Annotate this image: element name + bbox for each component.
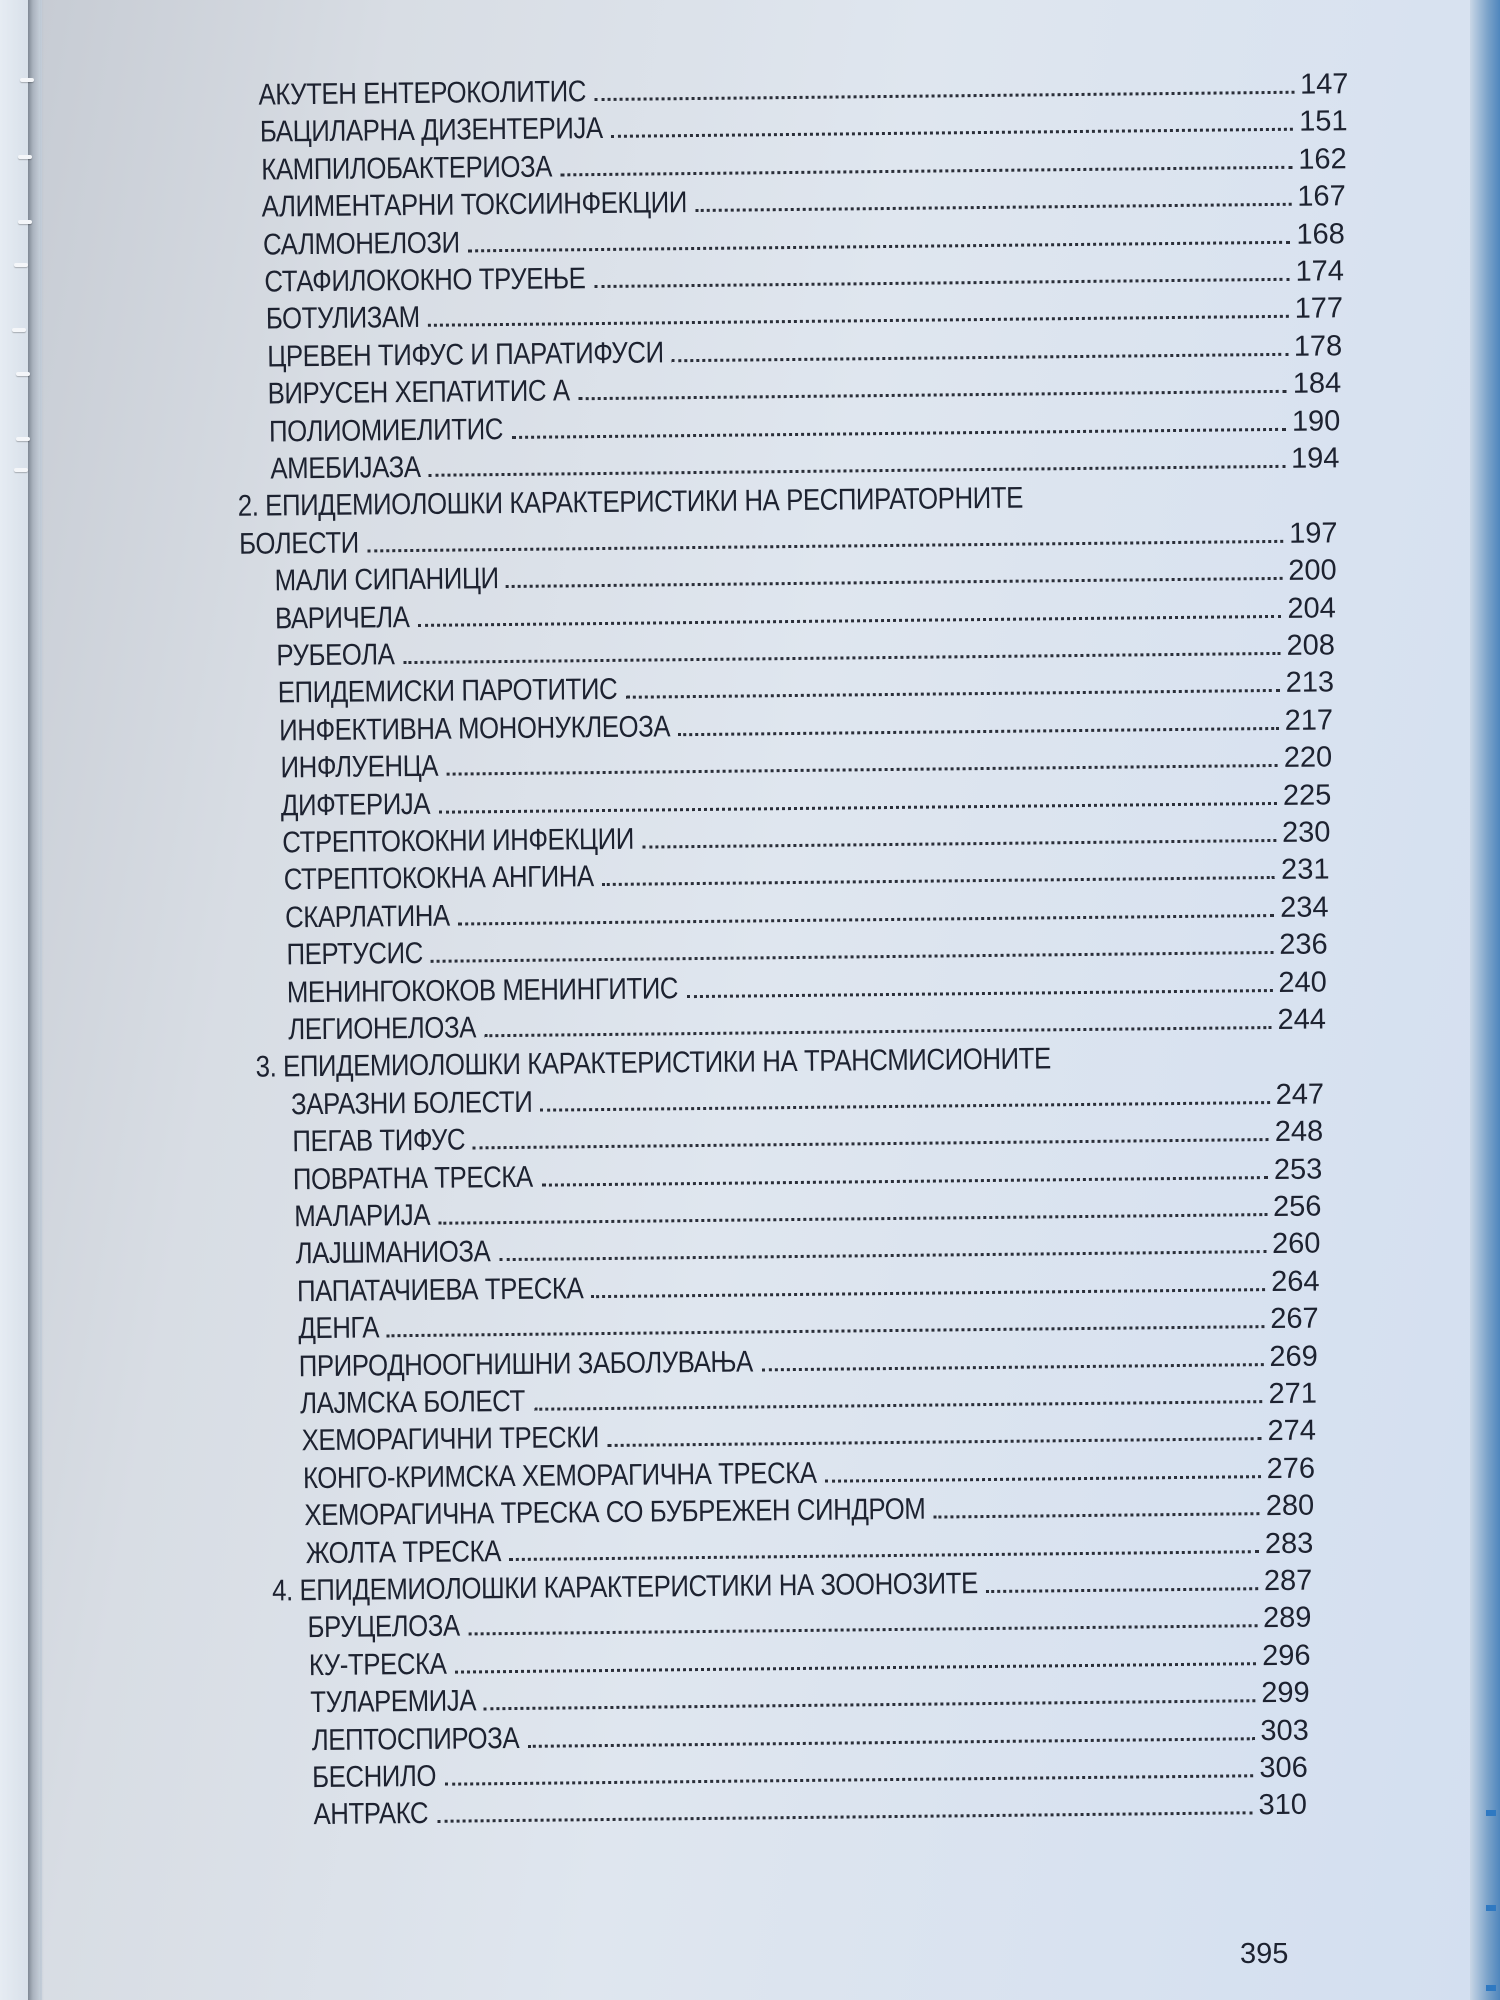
entry-title: ИНФЛУЕНЦА	[280, 750, 438, 786]
entry-page-number: 256	[1273, 1190, 1322, 1225]
entry-title: ПЕРТУСИС	[286, 937, 423, 972]
entry-page-number: 260	[1272, 1227, 1321, 1262]
entry-page-number: 220	[1284, 741, 1333, 776]
dot-leader	[430, 951, 1273, 963]
entry-page-number: 178	[1294, 329, 1343, 364]
entry-page-number: 289	[1263, 1601, 1312, 1636]
dot-leader	[762, 1363, 1264, 1371]
dot-leader	[446, 764, 1278, 776]
dot-leader	[591, 1288, 1265, 1298]
entry-page-number: 299	[1261, 1676, 1310, 1711]
entry-title: КОНГО-КРИМСКА ХЕМОРАГИЧНА ТРЕСКА	[303, 1457, 817, 1496]
entry-title: МАЛИ СИПАНИЦИ	[274, 562, 498, 598]
entry-title: ПОЛИОМИЕЛИТИС	[269, 413, 503, 449]
entry-page-number: 208	[1286, 628, 1335, 663]
toc-entry: ТУЛАРЕМИЈА299	[310, 1676, 1310, 1720]
dot-leader	[540, 1101, 1270, 1112]
entry-title: ДИФТЕРИЈА	[281, 787, 430, 823]
dot-leader	[439, 1213, 1267, 1225]
dot-leader	[455, 1662, 1257, 1673]
entry-title: ПЕГАВ ТИФУС	[292, 1124, 465, 1160]
toc-entry: ДЕНГА267	[298, 1302, 1319, 1347]
dot-leader	[687, 989, 1273, 998]
entry-title: СТАФИЛОКОКНО ТРУЕЊЕ	[264, 262, 585, 299]
entry-title: ЛАЈШМАНИОЗА	[296, 1236, 491, 1272]
entry-title: ВАРИЧЕЛА	[275, 601, 410, 636]
entry-title: АМЕБИЈАЗА	[270, 451, 420, 487]
dot-leader	[642, 839, 1276, 849]
entry-title: ХЕМОРАГИЧНА ТРЕСКА СО БУБРЕЖЕН СИНДРОМ	[304, 1493, 925, 1534]
entry-page-number: 168	[1296, 217, 1345, 252]
entry-page-number: 248	[1275, 1115, 1324, 1150]
dot-leader	[418, 614, 1281, 626]
dot-leader	[512, 427, 1286, 438]
entry-page-number: 217	[1285, 703, 1334, 738]
entry-title: ЛАЈМСКА БОЛЕСТ	[300, 1385, 525, 1421]
entry-page-number: 306	[1259, 1751, 1308, 1786]
entry-page-number: 174	[1295, 254, 1344, 289]
dot-leader	[484, 1699, 1255, 1710]
entry-title: МЕНИНГОКОКОВ МЕНИНГИТИС	[287, 972, 679, 1010]
dot-leader	[825, 1475, 1261, 1483]
dot-leader	[607, 1438, 1261, 1448]
entry-title: БРУЦЕЛОЗА	[308, 1610, 461, 1646]
dot-leader	[458, 914, 1274, 926]
dot-leader	[445, 1774, 1254, 1785]
toc-entry: ЛЕПТОСПИРОЗА303	[311, 1713, 1309, 1757]
entry-title: ПАПАТАЧИЕВА ТРЕСКА	[297, 1272, 584, 1309]
toc-entry: ПРИРОДНООГНИШНИ ЗАБОЛУВАЊА269	[299, 1339, 1318, 1384]
entry-title: ЛЕГИОНЕЛОЗА	[288, 1011, 476, 1047]
entry-title: ХЕМОРАГИЧНИ ТРЕСКИ	[302, 1421, 600, 1458]
entry-page-number: 276	[1266, 1451, 1315, 1486]
dot-leader	[403, 652, 1280, 664]
dot-leader	[429, 465, 1286, 477]
entry-title: МАЛАРИЈА	[294, 1199, 430, 1234]
entry-title: РУБЕОЛА	[276, 638, 394, 673]
entry-title: ВИРУСЕН ХЕПАТИТИС А	[268, 375, 570, 412]
entry-page-number: 200	[1288, 553, 1337, 588]
entry-title: АНТРАКС	[314, 1797, 429, 1832]
entry-title: ЦРЕВЕН ТИФУС И ПАРАТИФУСИ	[267, 336, 664, 374]
entry-title: КУ-ТРЕСКА	[309, 1647, 447, 1682]
entry-page-number: 269	[1269, 1339, 1318, 1374]
dot-leader	[499, 1250, 1266, 1261]
entry-title: АЛИМЕНТАРНИ ТОКСИИНФЕКЦИИ	[262, 186, 688, 224]
dot-leader	[611, 128, 1294, 138]
toc-entry: БРУЦЕЛОЗА289	[308, 1601, 1312, 1646]
entry-page-number: 247	[1276, 1077, 1325, 1112]
entry-page-number: 177	[1294, 292, 1343, 327]
entry-title: ПОВРАТНА ТРЕСКА	[293, 1160, 533, 1197]
entry-title: БЕСНИЛО	[312, 1760, 436, 1795]
entry-title: АКУТЕН ЕНТЕРОКОЛИТИС	[258, 75, 586, 112]
table-of-contents: АКУТЕН ЕНТЕРОКОЛИТИС147БАЦИЛАРНА ДИЗЕНТЕ…	[0, 0, 1500, 2000]
dot-leader	[485, 1026, 1272, 1037]
entry-title: ТУЛАРЕМИЈА	[310, 1685, 476, 1721]
entry-title: ЗАРАЗНИ БОЛЕСТИ	[291, 1086, 533, 1123]
toc-entry: ЖОЛТА ТРЕСКА283	[305, 1526, 1313, 1571]
toc-entry: АНТРАКС310	[314, 1788, 1308, 1832]
toc-entry: АМЕБИЈАЗА194	[270, 441, 1339, 486]
dot-leader	[625, 689, 1279, 699]
entry-title: БОЛЕСТИ	[239, 526, 359, 561]
toc-entry: ХЕМОРАГИЧНИ ТРЕСКИ274	[302, 1414, 1317, 1459]
toc-entry: КУ-ТРЕСКА296	[309, 1638, 1311, 1682]
dot-leader	[560, 166, 1292, 177]
entry-title: БАЦИЛАРНА ДИЗЕНТЕРИЈА	[260, 112, 603, 150]
entry-title: ПРИРОДНООГНИШНИ ЗАБОЛУВАЊА	[299, 1345, 753, 1384]
entry-page-number: 234	[1280, 890, 1329, 925]
dot-leader	[541, 1176, 1268, 1187]
dot-leader	[367, 540, 1283, 553]
dot-leader	[509, 1550, 1259, 1561]
entry-title: 4. ЕПИДЕМИОЛОШКИ КАРАКТЕРИСТИКИ НА ЗООНО…	[272, 1567, 978, 1608]
entry-page-number: 274	[1267, 1414, 1316, 1449]
dot-leader	[439, 802, 1277, 814]
toc-entry: ЛАЈМСКА БОЛЕСТ271	[300, 1377, 1317, 1422]
dot-leader	[468, 1625, 1257, 1636]
dot-leader	[594, 91, 1294, 101]
entry-title: БОТУЛИЗАМ	[266, 301, 420, 337]
toc-entry: ЛЕГИОНЕЛОЗА244	[288, 1002, 1326, 1047]
dot-leader	[428, 315, 1289, 327]
dot-leader	[602, 876, 1276, 886]
entry-page-number: 190	[1292, 404, 1341, 439]
entry-title: ЛЕПТОСПИРОЗА	[311, 1722, 519, 1758]
dot-leader	[527, 1737, 1254, 1748]
entry-page-number: 147	[1300, 67, 1349, 102]
entry-page-number: 213	[1285, 666, 1334, 701]
entry-title: ИНФЕКТИВНА МОНОНУКЛЕОЗА	[279, 710, 670, 748]
entry-page-number: 253	[1274, 1152, 1323, 1187]
dot-leader	[437, 1812, 1253, 1824]
dot-leader	[678, 727, 1279, 736]
entry-title: ЕПИДЕМИСКИ ПАРОТИТИС	[278, 673, 618, 711]
entry-page-number: 303	[1260, 1713, 1309, 1748]
dot-leader	[672, 353, 1288, 362]
entry-page-number: 296	[1262, 1638, 1311, 1673]
dot-leader	[506, 577, 1282, 588]
entry-page-number: 167	[1297, 179, 1346, 214]
entry-page-number: 236	[1279, 928, 1328, 963]
entry-page-number: 244	[1277, 1002, 1326, 1037]
dot-leader	[387, 1325, 1264, 1337]
entry-title: КАМПИЛОБАКТЕРИОЗА	[261, 150, 552, 187]
entry-title: САЛМОНЕЛОЗИ	[263, 226, 460, 262]
dot-leader	[473, 1138, 1269, 1149]
entry-page-number: 197	[1289, 516, 1338, 551]
dot-leader	[468, 240, 1291, 252]
dot-leader	[695, 203, 1291, 212]
entry-title: ЖОЛТА ТРЕСКА	[305, 1535, 500, 1571]
entry-title: СКАРЛАТИНА	[285, 899, 450, 935]
entry-page-number: 264	[1271, 1264, 1320, 1299]
entry-page-number: 194	[1291, 441, 1340, 476]
entry-page-number: 230	[1282, 815, 1331, 850]
toc-entry: КОНГО-КРИМСКА ХЕМОРАГИЧНА ТРЕСКА276	[303, 1451, 1316, 1496]
dot-leader	[933, 1512, 1259, 1518]
entry-page-number: 231	[1281, 853, 1330, 888]
entry-title: СТРЕПТОКОКНА АНГИНА	[284, 860, 594, 897]
entry-page-number: 283	[1265, 1526, 1314, 1561]
dot-leader	[579, 390, 1287, 400]
section-heading: 2. ЕПИДЕМИОЛОШКИ КАРАКТЕРИСТИКИ НА РЕСПИ…	[238, 482, 1023, 524]
section-heading: 3. ЕПИДЕМИОЛОШКИ КАРАКТЕРИСТИКИ НА ТРАНС…	[256, 1043, 1051, 1085]
dot-leader	[534, 1400, 1263, 1411]
dot-leader	[594, 278, 1289, 288]
toc-entry: БЕСНИЛО306	[312, 1751, 1308, 1795]
entry-title: ДЕНГА	[298, 1312, 379, 1347]
toc-entry: ХЕМОРАГИЧНА ТРЕСКА СО БУБРЕЖЕН СИНДРОМ28…	[304, 1489, 1314, 1534]
entry-page-number: 162	[1298, 142, 1347, 177]
entry-page-number: 267	[1270, 1302, 1319, 1337]
entry-title: СТРЕПТОКОКНИ ИНФЕКЦИИ	[282, 823, 634, 861]
entry-page-number: 287	[1264, 1564, 1313, 1599]
page-number: 395	[1240, 1938, 1288, 1971]
entry-page-number: 184	[1293, 366, 1342, 401]
entry-page-number: 280	[1266, 1489, 1315, 1524]
entry-page-number: 310	[1258, 1788, 1307, 1823]
dot-leader	[986, 1587, 1258, 1593]
entry-page-number: 204	[1287, 591, 1336, 626]
entry-page-number: 271	[1268, 1377, 1317, 1412]
entry-page-number: 225	[1283, 778, 1332, 813]
entry-page-number: 240	[1278, 965, 1327, 1000]
entry-page-number: 151	[1299, 105, 1348, 140]
